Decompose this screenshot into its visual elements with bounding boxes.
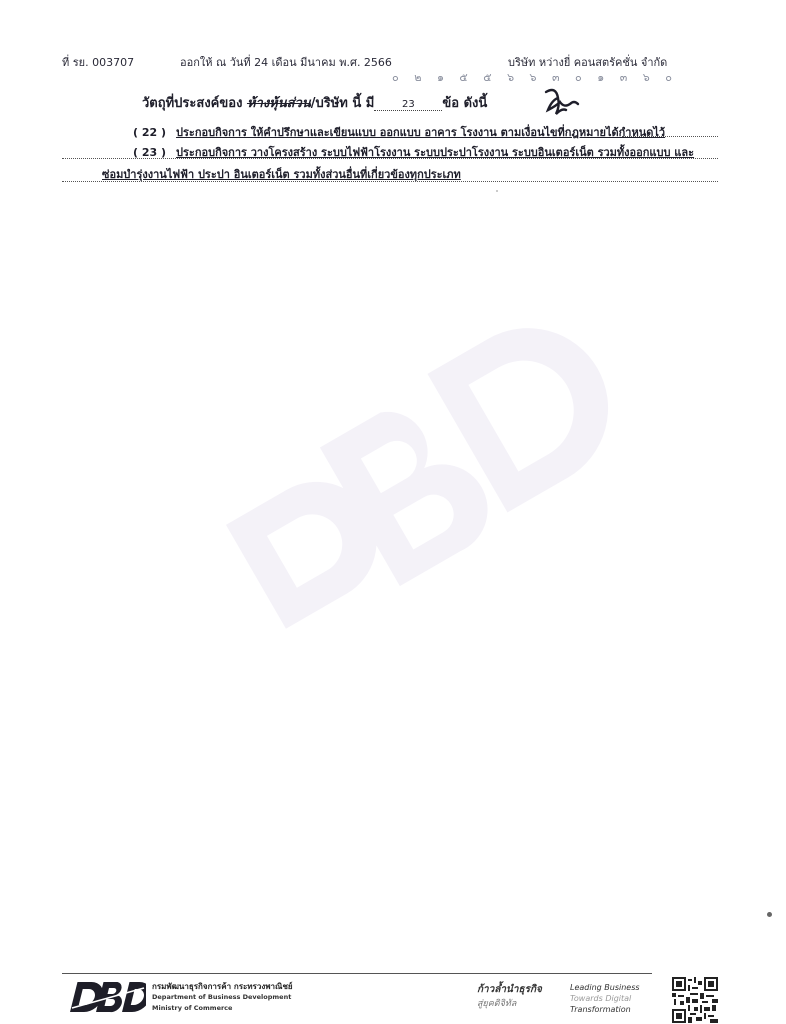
signature-mark [540,84,580,124]
scan-speck [767,912,772,917]
objective-count: 23 [374,99,442,111]
objectives-intro: วัตถุที่ประสงค์ของ ห้างหุ้นส่วน/บริษัท น… [142,92,487,113]
objective-item-23: ( 23 )ประกอบกิจการ วางโครงสร้าง ระบบไฟฟ้… [133,143,694,161]
ministry-en: Ministry of Commerce [152,1003,293,1014]
slogan-thai: ก้าวล้ำนำธุรกิจ สู่ยุคดิจิทัล [477,983,542,1011]
dotted-rule [62,181,718,182]
entity-suffix: /บริษัท นี้ มี [311,96,375,111]
issue-date: ออกให้ ณ วันที่ 24 เดือน มีนาคม พ.ศ. 256… [180,53,392,71]
registration-number: ที่ รย. 003707 [62,53,134,71]
item-number: ( 22 ) [133,126,166,139]
footer-rule [62,973,652,974]
item-text: ประกอบกิจการ วางโครงสร้าง ระบบไฟฟ้าโรงงา… [176,146,694,159]
slogan-th-line1: ก้าวล้ำนำธุรกิจ [477,983,542,997]
struck-entity: ห้างหุ้นส่วน [247,96,311,111]
department-en: Department of Business Development [152,992,293,1003]
department-block: กรมพัฒนาธุรกิจการค้า กระทรวงพาณิชย์ Depa… [152,981,293,1014]
item-text: ประกอบกิจการ ให้คำปรึกษาและเขียนแบบ ออกแ… [176,126,665,139]
objective-item-22: ( 22 )ประกอบกิจการ ให้คำปรึกษาและเขียนแบ… [133,123,665,141]
qr-code-icon[interactable] [672,977,718,1023]
slogan-en-line2: Towards Digital [570,993,640,1004]
dbd-watermark [190,290,620,680]
department-th: กรมพัฒนาธุรกิจการค้า กระทรวงพาณิชย์ [152,981,293,992]
slogan-en-line1: Leading Business [570,982,640,993]
faint-number-row: ๐ ๒ ๑ ๕ ๕ ๖ ๖ ๓ ๐ ๑ ๓ ๖ ๐ [392,68,678,86]
count-suffix: ข้อ ดังนี้ [442,96,487,111]
scan-speck [496,190,498,192]
item-number: ( 23 ) [133,146,166,159]
slogan-th-line2: สู่ยุคดิจิทัล [477,997,542,1011]
intro-prefix: วัตถุที่ประสงค์ของ [142,96,242,111]
slogan-english: Leading Business Towards Digital Transfo… [570,982,640,1015]
dbd-logo-icon [68,980,146,1014]
dotted-fill [622,136,718,137]
item-text-continuation: ซ่อมบำรุ่งงานไฟฟ้า ประปา อินเตอร์เน็ต รว… [102,168,461,181]
slogan-en-line3: Transformation [570,1004,640,1015]
